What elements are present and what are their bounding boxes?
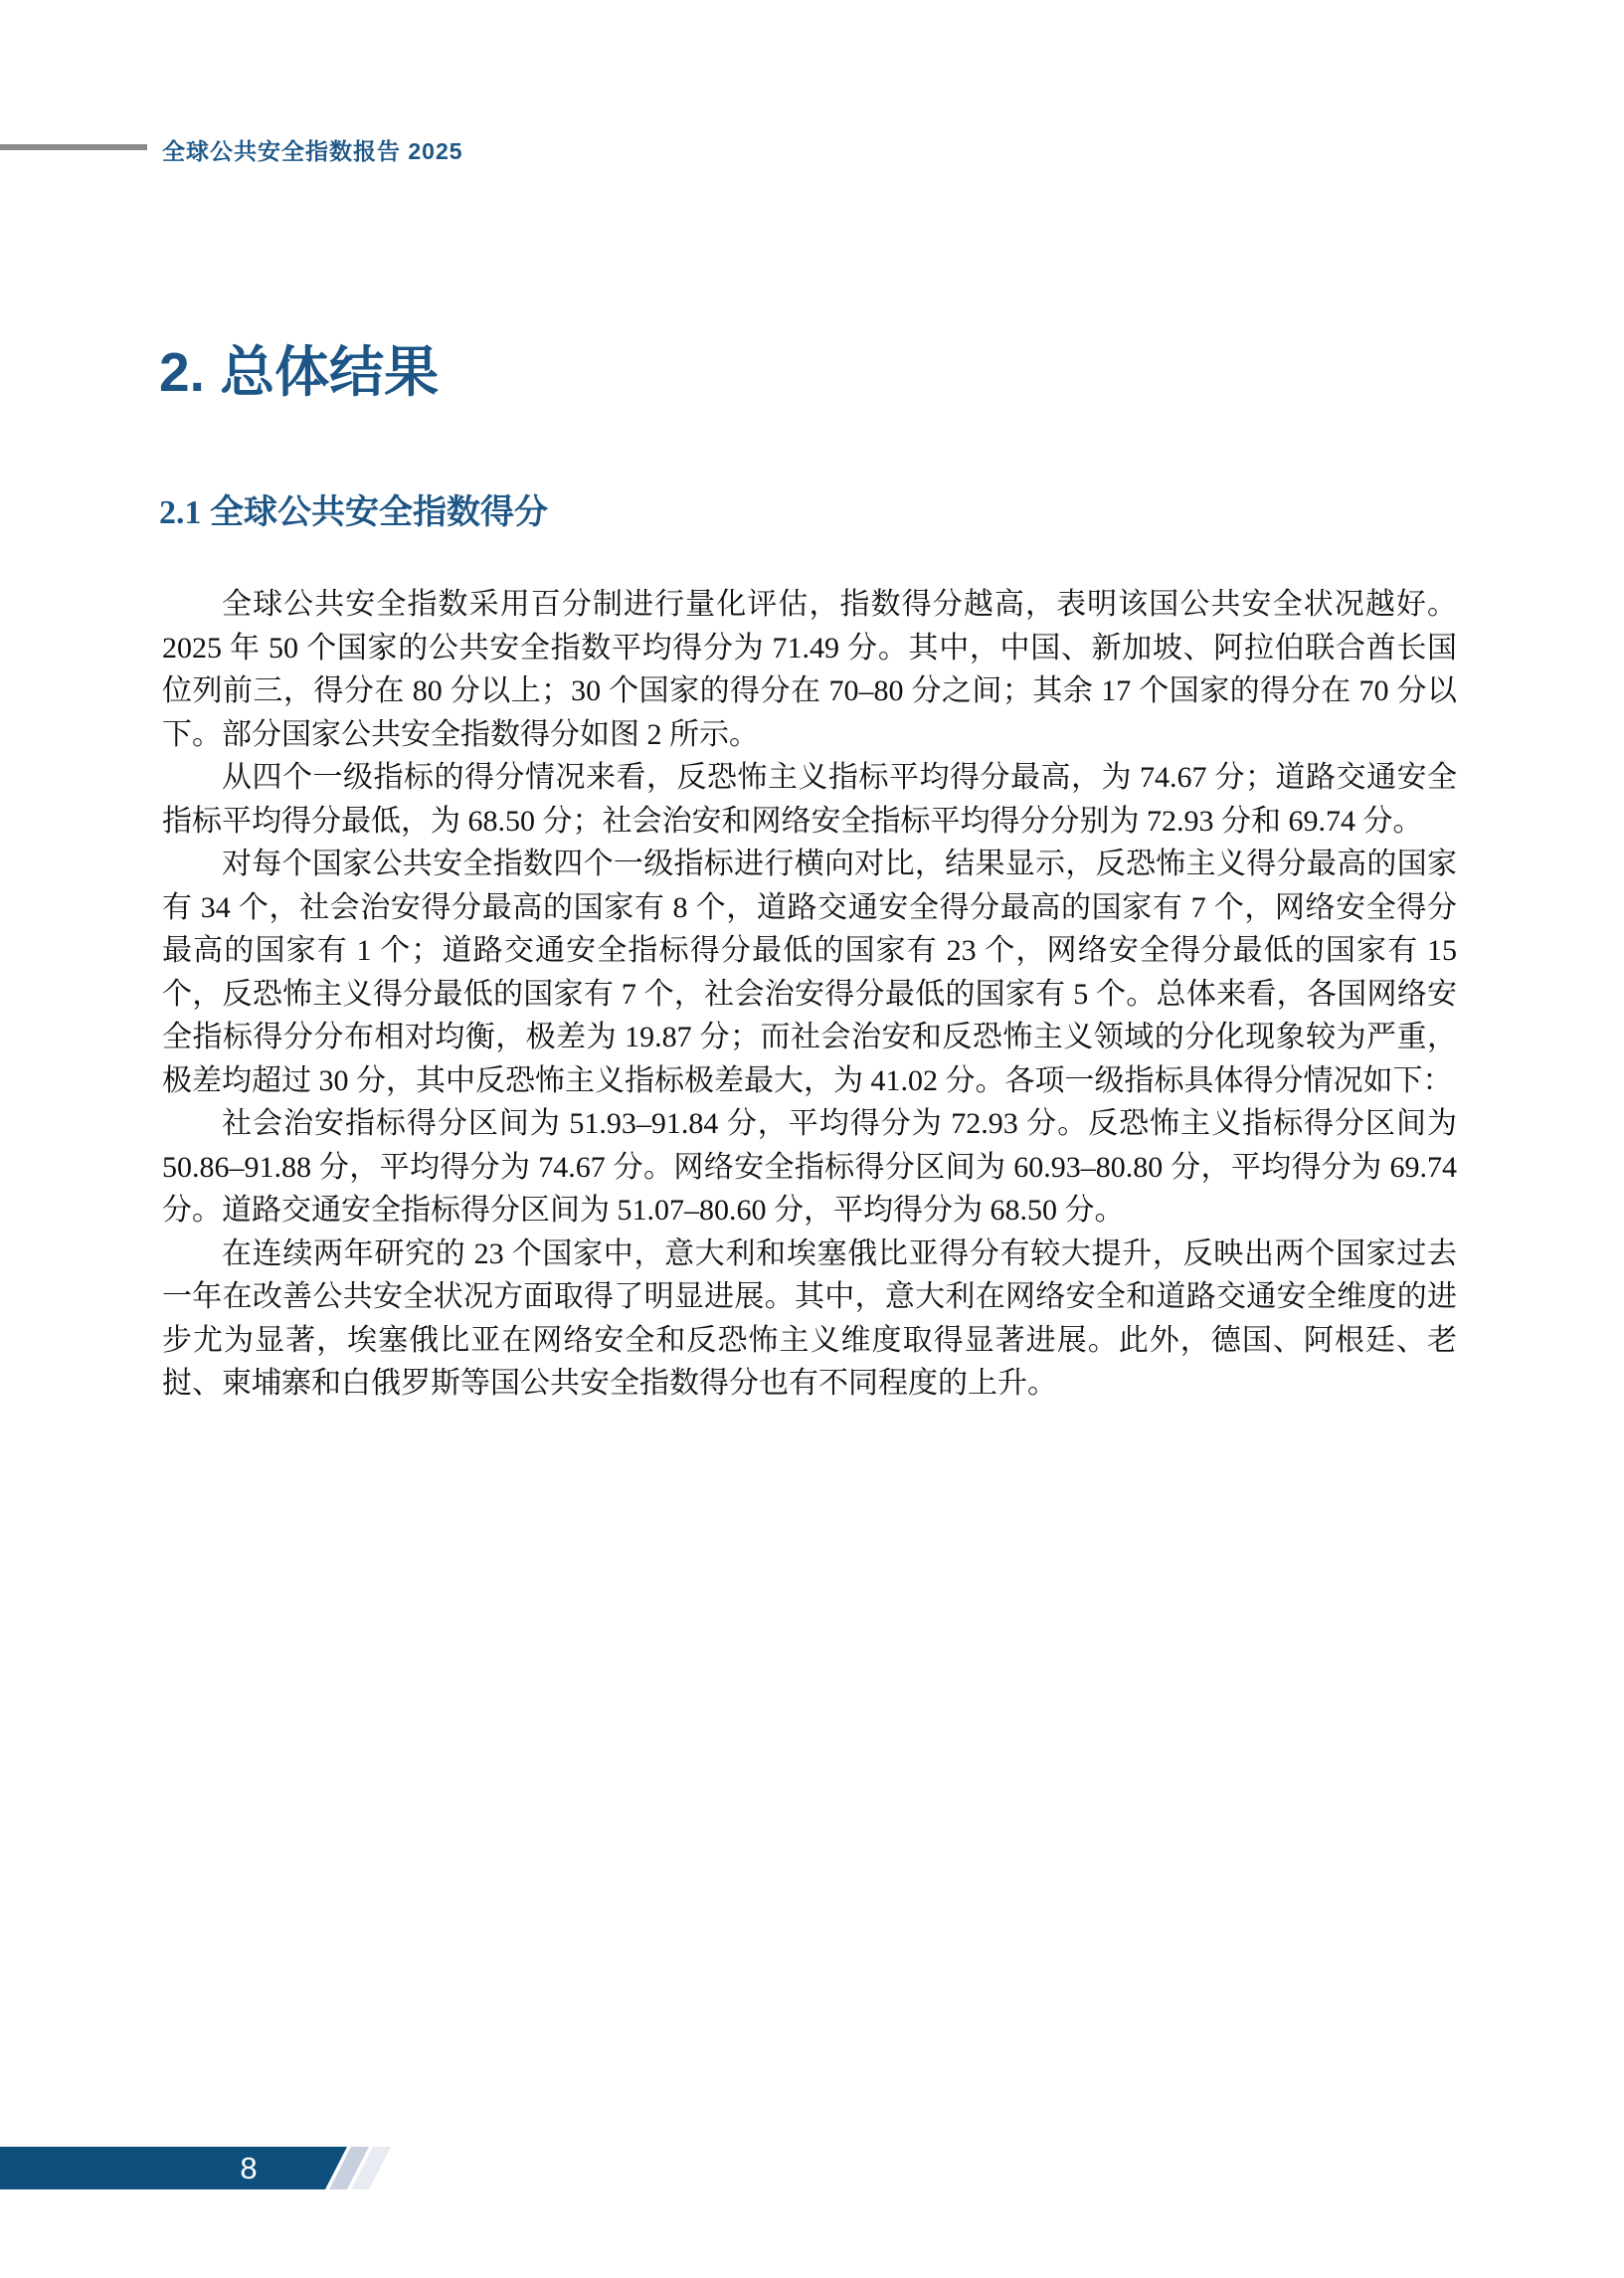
paragraph-1: 全球公共安全指数采用百分制进行量化评估，指数得分越高，表明该国公共安全状况越好。… — [162, 583, 1457, 756]
paragraph-2: 从四个一级指标的得分情况来看，反恐怖主义指标平均得分最高，为 74.67 分；道… — [162, 756, 1457, 843]
section-subheading: 2.1 全球公共安全指数得分 — [159, 484, 548, 533]
paragraph-3: 对每个国家公共安全指数四个一级指标进行横向对比，结果显示，反恐怖主义得分最高的国… — [162, 843, 1457, 1102]
paragraph-5: 在连续两年研究的 23 个国家中，意大利和埃塞俄比亚得分有较大提升，反映出两个国… — [162, 1233, 1457, 1406]
body-text-block: 全球公共安全指数采用百分制进行量化评估，指数得分越高，表明该国公共安全状况越好。… — [162, 583, 1457, 1406]
footer-bar — [0, 2147, 358, 2189]
section-heading: 2. 总体结果 — [159, 328, 439, 407]
page-footer: 8 — [0, 2147, 457, 2189]
page-number: 8 — [224, 2147, 273, 2189]
document-page: 全球公共安全指数报告 2025 2. 总体结果 2.1 全球公共安全指数得分 全… — [0, 0, 1624, 2278]
report-header-title: 全球公共安全指数报告 2025 — [162, 133, 463, 166]
header-rule — [0, 144, 147, 150]
paragraph-4: 社会治安指标得分区间为 51.93–91.84 分，平均得分为 72.93 分。… — [162, 1102, 1457, 1233]
